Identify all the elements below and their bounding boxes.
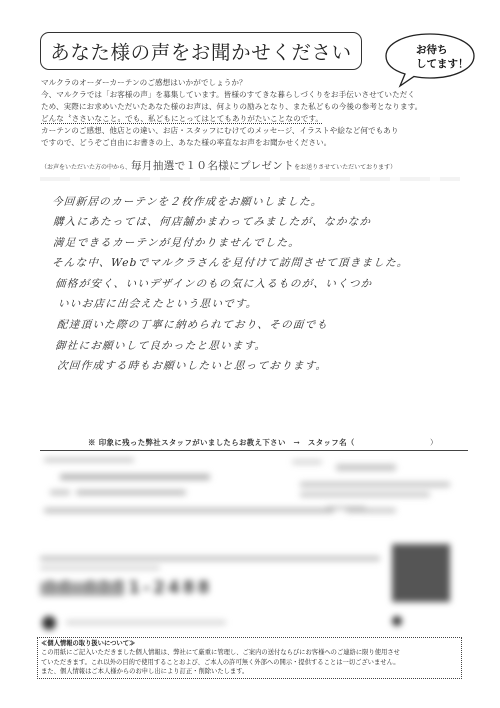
intro-line: ですので、どうぞご自由にお書きの上、あなた様の率直なお声をお聞かせください。 xyxy=(41,137,471,149)
staff-name-row: ※ 印象に残った弊社スタッフがいましたらお教え下さい → スタッフ名（ ） xyxy=(40,437,468,451)
notice-suffix: をお送りさせていただいております） xyxy=(294,164,396,171)
privacy-line: また、個人情報はご本人様からのお申し出により訂正・削除いたします。 xyxy=(41,667,458,676)
staff-prompt: ※ 印象に残った弊社スタッフがいましたらお教え下さい → スタッフ名（ xyxy=(88,437,355,448)
staff-close-paren: ） xyxy=(430,437,437,448)
message-line: 価格が安く、いいデザインのもの気に入るものが、いくつか xyxy=(54,276,373,291)
intro-line: カーテンのご感想、他店との違い、お店・スタッフにむけてのメッセージ、イラストや絵… xyxy=(41,125,471,137)
customer-voice-form: あなた様の声をお聞かせください お待ち してます！ マルクラのオーダーカーテンの… xyxy=(0,0,500,708)
title-box: あなた様の声をお聞かせください xyxy=(40,32,362,70)
redacted-contact-region: 06-6251-2488 xyxy=(36,452,464,632)
bubble-text: お待ち してます！ xyxy=(416,43,469,71)
scan-artifact xyxy=(40,177,460,181)
message-line: 満足できるカーテンが見付かりませんでした。 xyxy=(52,235,300,250)
privacy-policy-box: ≪個人情報の取り扱いについて≫ この用紙にご記入いただきました個人情報は、弊社に… xyxy=(37,637,462,679)
message-line: いいお店に出会えたという思いです。 xyxy=(57,296,258,311)
notice-main: 毎月抽選で１０名様にプレゼント xyxy=(131,160,294,172)
page-title: あなた様の声をお聞かせください xyxy=(50,37,352,65)
intro-line: マルクラのオーダーカーテンのご感想はいかがでしょうか？ xyxy=(41,77,471,89)
message-line: 配達頂いた際の丁寧に納められており、その面でも xyxy=(56,317,328,332)
intro-line: ため、実際にお求めいただいたあなた様のお声は、何よりの励みとなり、また私どもの今… xyxy=(41,101,471,113)
message-line: 今回新居のカーテンを２枚作成をお願いしました。 xyxy=(51,194,323,209)
privacy-line: ていただきます。これ以外の目的で使用することおよび、ご本人の許可無く外部への開示… xyxy=(41,658,458,667)
message-line: 次回作成する時もお願いしたいと思っております。 xyxy=(56,358,327,373)
message-line: 購入にあたっては、何店舗かまわってみましたが、なかなか xyxy=(52,214,371,229)
message-line: そんな中、Webでマルクラさんを見付けて訪問させて頂きました。 xyxy=(51,255,409,270)
message-line: 御社にお願いして良かったと思います。 xyxy=(54,338,267,353)
notice-prefix: （お声をいただいた方の中から、 xyxy=(41,164,131,171)
present-notice: （お声をいただいた方の中から、毎月抽選で１０名様にプレゼントをお送りさせていただ… xyxy=(41,158,396,173)
intro-line: 今、マルクラでは「お客様の声」を募集しています。皆様のすてきな暮らしづくりをお手… xyxy=(41,89,471,101)
qr-code xyxy=(392,544,450,602)
privacy-line: この用紙にご記入いただきました個人情報は、弊社にて厳重に管理し、ご案内の送付なら… xyxy=(41,648,458,657)
intro-line-emphasis: どんな〝ささいなこと〟でも、私どもにとってはとてもありがたいことなのです。 xyxy=(41,113,471,125)
intro-text: マルクラのオーダーカーテンのご感想はいかがでしょうか？ 今、マルクラでは「お客様… xyxy=(41,77,471,150)
privacy-heading: ≪個人情報の取り扱いについて≫ xyxy=(41,639,458,648)
